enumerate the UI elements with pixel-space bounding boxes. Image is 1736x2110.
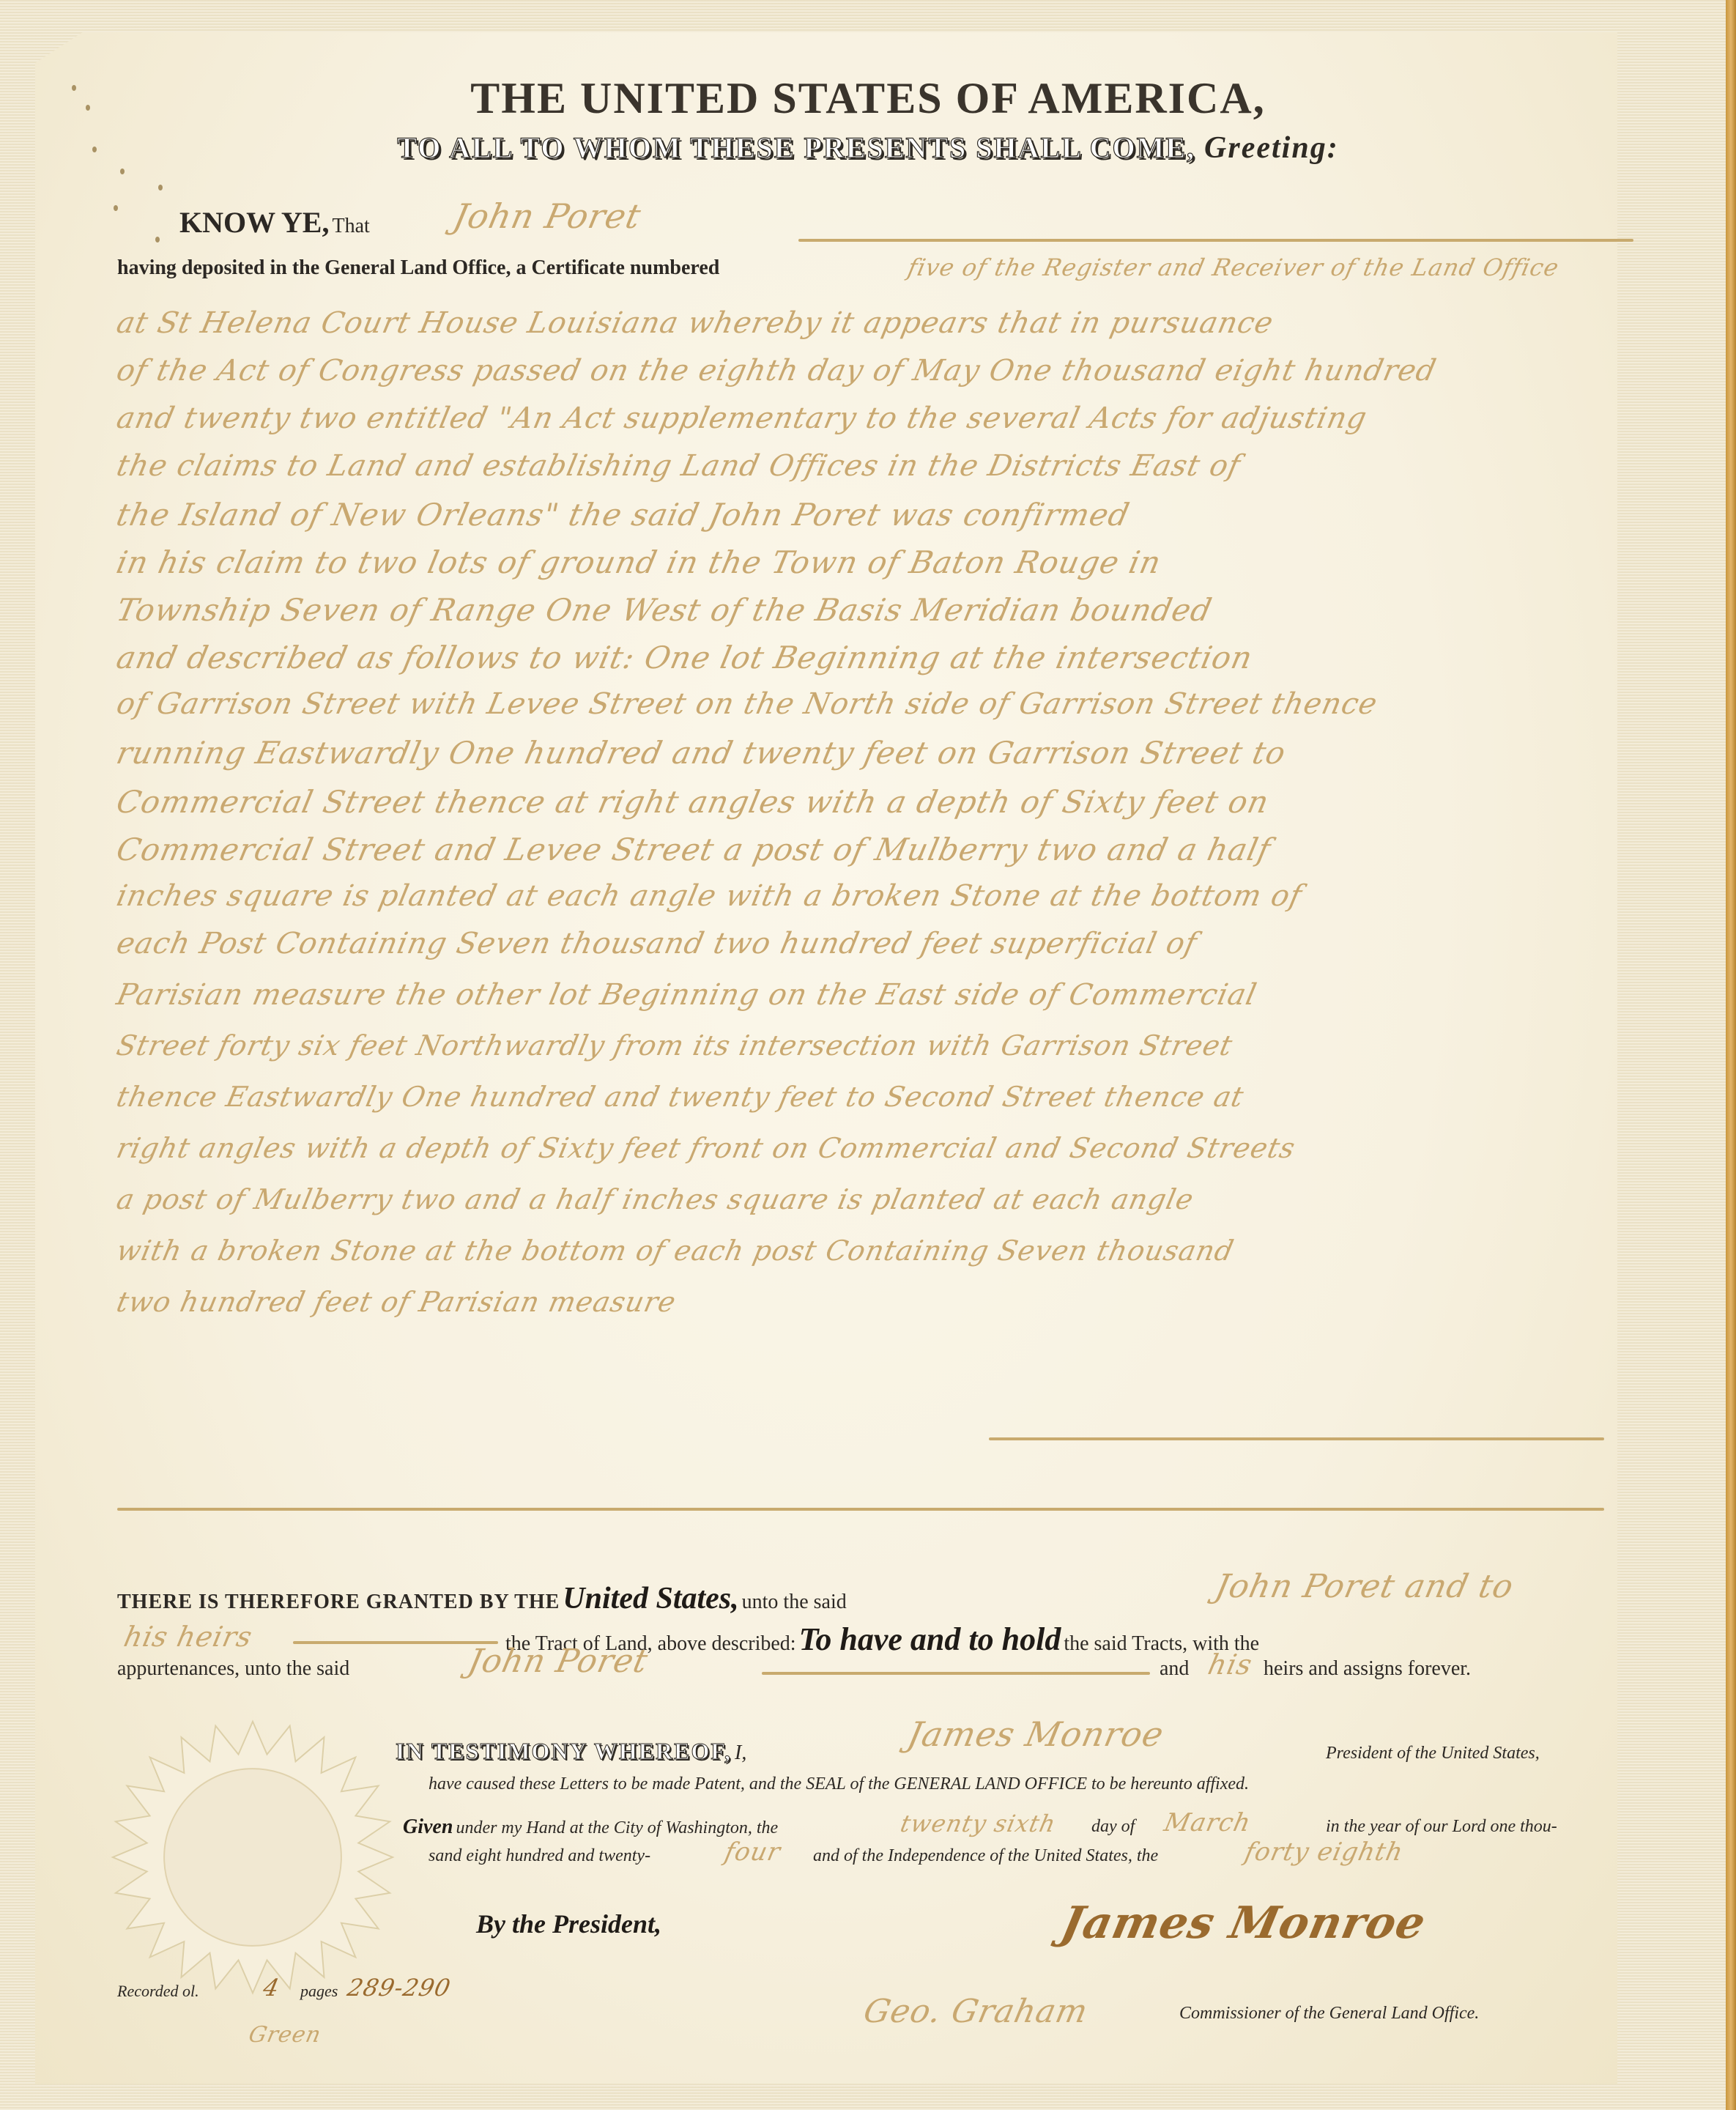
fill-line bbox=[798, 239, 1633, 242]
body-line: a post of Mulberry two and a half inches… bbox=[114, 1183, 1197, 1215]
body-line: Township Seven of Range One West of the … bbox=[114, 592, 1216, 628]
grantee-hand-3: John Poret bbox=[465, 1643, 652, 1680]
independence-text: and of the Independence of the United St… bbox=[813, 1846, 1158, 1866]
deposit-clause: having deposited in the General Land Off… bbox=[117, 256, 719, 280]
recorded-label: Recorded ol. bbox=[117, 1982, 199, 2001]
that-word: That bbox=[332, 215, 369, 237]
embossed-seal-icon bbox=[110, 1714, 396, 2000]
document-title: THE UNITED STATES OF AMERICA, bbox=[0, 73, 1736, 124]
body-line: and twenty two entitled "An Act suppleme… bbox=[114, 401, 1370, 435]
his-hand: his bbox=[1205, 1648, 1255, 1681]
habendum-blackletter: To have and to hold bbox=[799, 1621, 1061, 1657]
commissioner-title: Commissioner of the General Land Office. bbox=[1179, 2004, 1479, 2024]
grantee-hand-2: his heirs bbox=[121, 1621, 255, 1653]
body-line: each Post Containing Seven thousand two … bbox=[114, 927, 1200, 960]
body-line: Commercial Street and Levee Street a pos… bbox=[114, 832, 1275, 867]
grant-printed: THERE IS THEREFORE GRANTED BY THE bbox=[117, 1591, 560, 1613]
grantee-hand-1: John Poret and to bbox=[1212, 1568, 1518, 1605]
president-name-handwritten: James Monroe bbox=[904, 1714, 1168, 1754]
i-word: I, bbox=[735, 1741, 746, 1764]
day-of: day of bbox=[1091, 1817, 1135, 1837]
body-line: inches square is planted at each angle w… bbox=[114, 879, 1305, 913]
document-subtitle: TO ALL TO WHOM THESE PRESENTS SHALL COME… bbox=[0, 130, 1736, 166]
know-ye-line: KNOW YE, That bbox=[179, 205, 370, 240]
united-states-blackletter: United States, bbox=[563, 1582, 738, 1615]
body-line: and described as follows to wit: One lot… bbox=[114, 640, 1256, 675]
testimony-line: IN TESTIMONY WHEREOF, I, bbox=[396, 1738, 746, 1765]
president-signature: James Monroe bbox=[1057, 1898, 1431, 1949]
body-line: of the Act of Congress passed on the eig… bbox=[114, 354, 1439, 388]
body-line: of Garrison Street with Levee Street on … bbox=[114, 687, 1381, 721]
fill-line bbox=[762, 1672, 1150, 1675]
body-line: the claims to Land and establishing Land… bbox=[114, 449, 1244, 483]
greeting: Greeting: bbox=[1204, 131, 1339, 165]
body-line: thence Eastwardly One hundred and twenty… bbox=[114, 1081, 1247, 1113]
and-word: and bbox=[1160, 1657, 1189, 1681]
unto-the-said: unto the said bbox=[742, 1591, 847, 1613]
body-line: running Eastwardly One hundred and twent… bbox=[114, 735, 1289, 771]
body-line: right angles with a depth of Sixty feet … bbox=[114, 1132, 1298, 1164]
appurtenances: appurtenances, unto the said bbox=[117, 1657, 349, 1681]
fill-line bbox=[117, 1508, 1604, 1511]
subtitle-text: TO ALL TO WHOM THESE PRESENTS SHALL COME… bbox=[397, 131, 1195, 164]
testimony-label: IN TESTIMONY WHEREOF, bbox=[396, 1738, 732, 1764]
body-line: the Island of New Orleans" the said John… bbox=[114, 497, 1133, 533]
day-handwritten: twenty sixth bbox=[898, 1810, 1058, 1837]
body-line: Commercial Street thence at right angles… bbox=[114, 784, 1272, 820]
president-title: President of the United States, bbox=[1326, 1744, 1540, 1763]
independence-handwritten: forty eighth bbox=[1242, 1837, 1406, 1867]
fill-line bbox=[989, 1437, 1604, 1440]
pages-label: pages bbox=[300, 1982, 338, 2001]
body-line: Parisian measure the other lot Beginning… bbox=[114, 978, 1260, 1012]
grantee-name-handwritten: John Poret bbox=[450, 196, 645, 236]
know-ye-label: KNOW YE, bbox=[179, 206, 329, 239]
year-text-2: sand eight hundred and twenty- bbox=[429, 1846, 650, 1866]
gold-frame-edge bbox=[1726, 0, 1736, 2110]
clerk-initials-handwritten: Green bbox=[246, 2022, 324, 2048]
year-handwritten: four bbox=[722, 1837, 784, 1867]
given-blackletter: Given bbox=[403, 1815, 453, 1838]
caused-line: have caused these Letters to be made Pat… bbox=[429, 1774, 1249, 1794]
pages-handwritten: 289-290 bbox=[345, 1974, 453, 2002]
month-handwritten: March bbox=[1162, 1808, 1254, 1837]
body-line: in his claim to two lots of ground in th… bbox=[114, 544, 1165, 580]
by-the-president: By the President, bbox=[476, 1909, 661, 1939]
body-line: five of the Register and Receiver of the… bbox=[905, 253, 1562, 281]
fill-line bbox=[293, 1641, 498, 1644]
body-line: with a broken Stone at the bottom of eac… bbox=[114, 1234, 1236, 1267]
year-text: in the year of our Lord one thou- bbox=[1326, 1817, 1557, 1837]
heirs-forever: heirs and assigns forever. bbox=[1264, 1657, 1471, 1681]
body-line: two hundred feet of Parisian measure bbox=[114, 1286, 679, 1318]
commissioner-signature: Geo. Graham bbox=[861, 1993, 1091, 2030]
grant-line-1: THERE IS THEREFORE GRANTED BY THE United… bbox=[117, 1581, 847, 1616]
body-line: Street forty six feet Northwardly from i… bbox=[114, 1029, 1236, 1062]
given-line: Given under my Hand at the City of Washi… bbox=[403, 1815, 778, 1839]
given-text: under my Hand at the City of Washington,… bbox=[456, 1818, 778, 1837]
body-line: at St Helena Court House Louisiana where… bbox=[114, 306, 1277, 340]
